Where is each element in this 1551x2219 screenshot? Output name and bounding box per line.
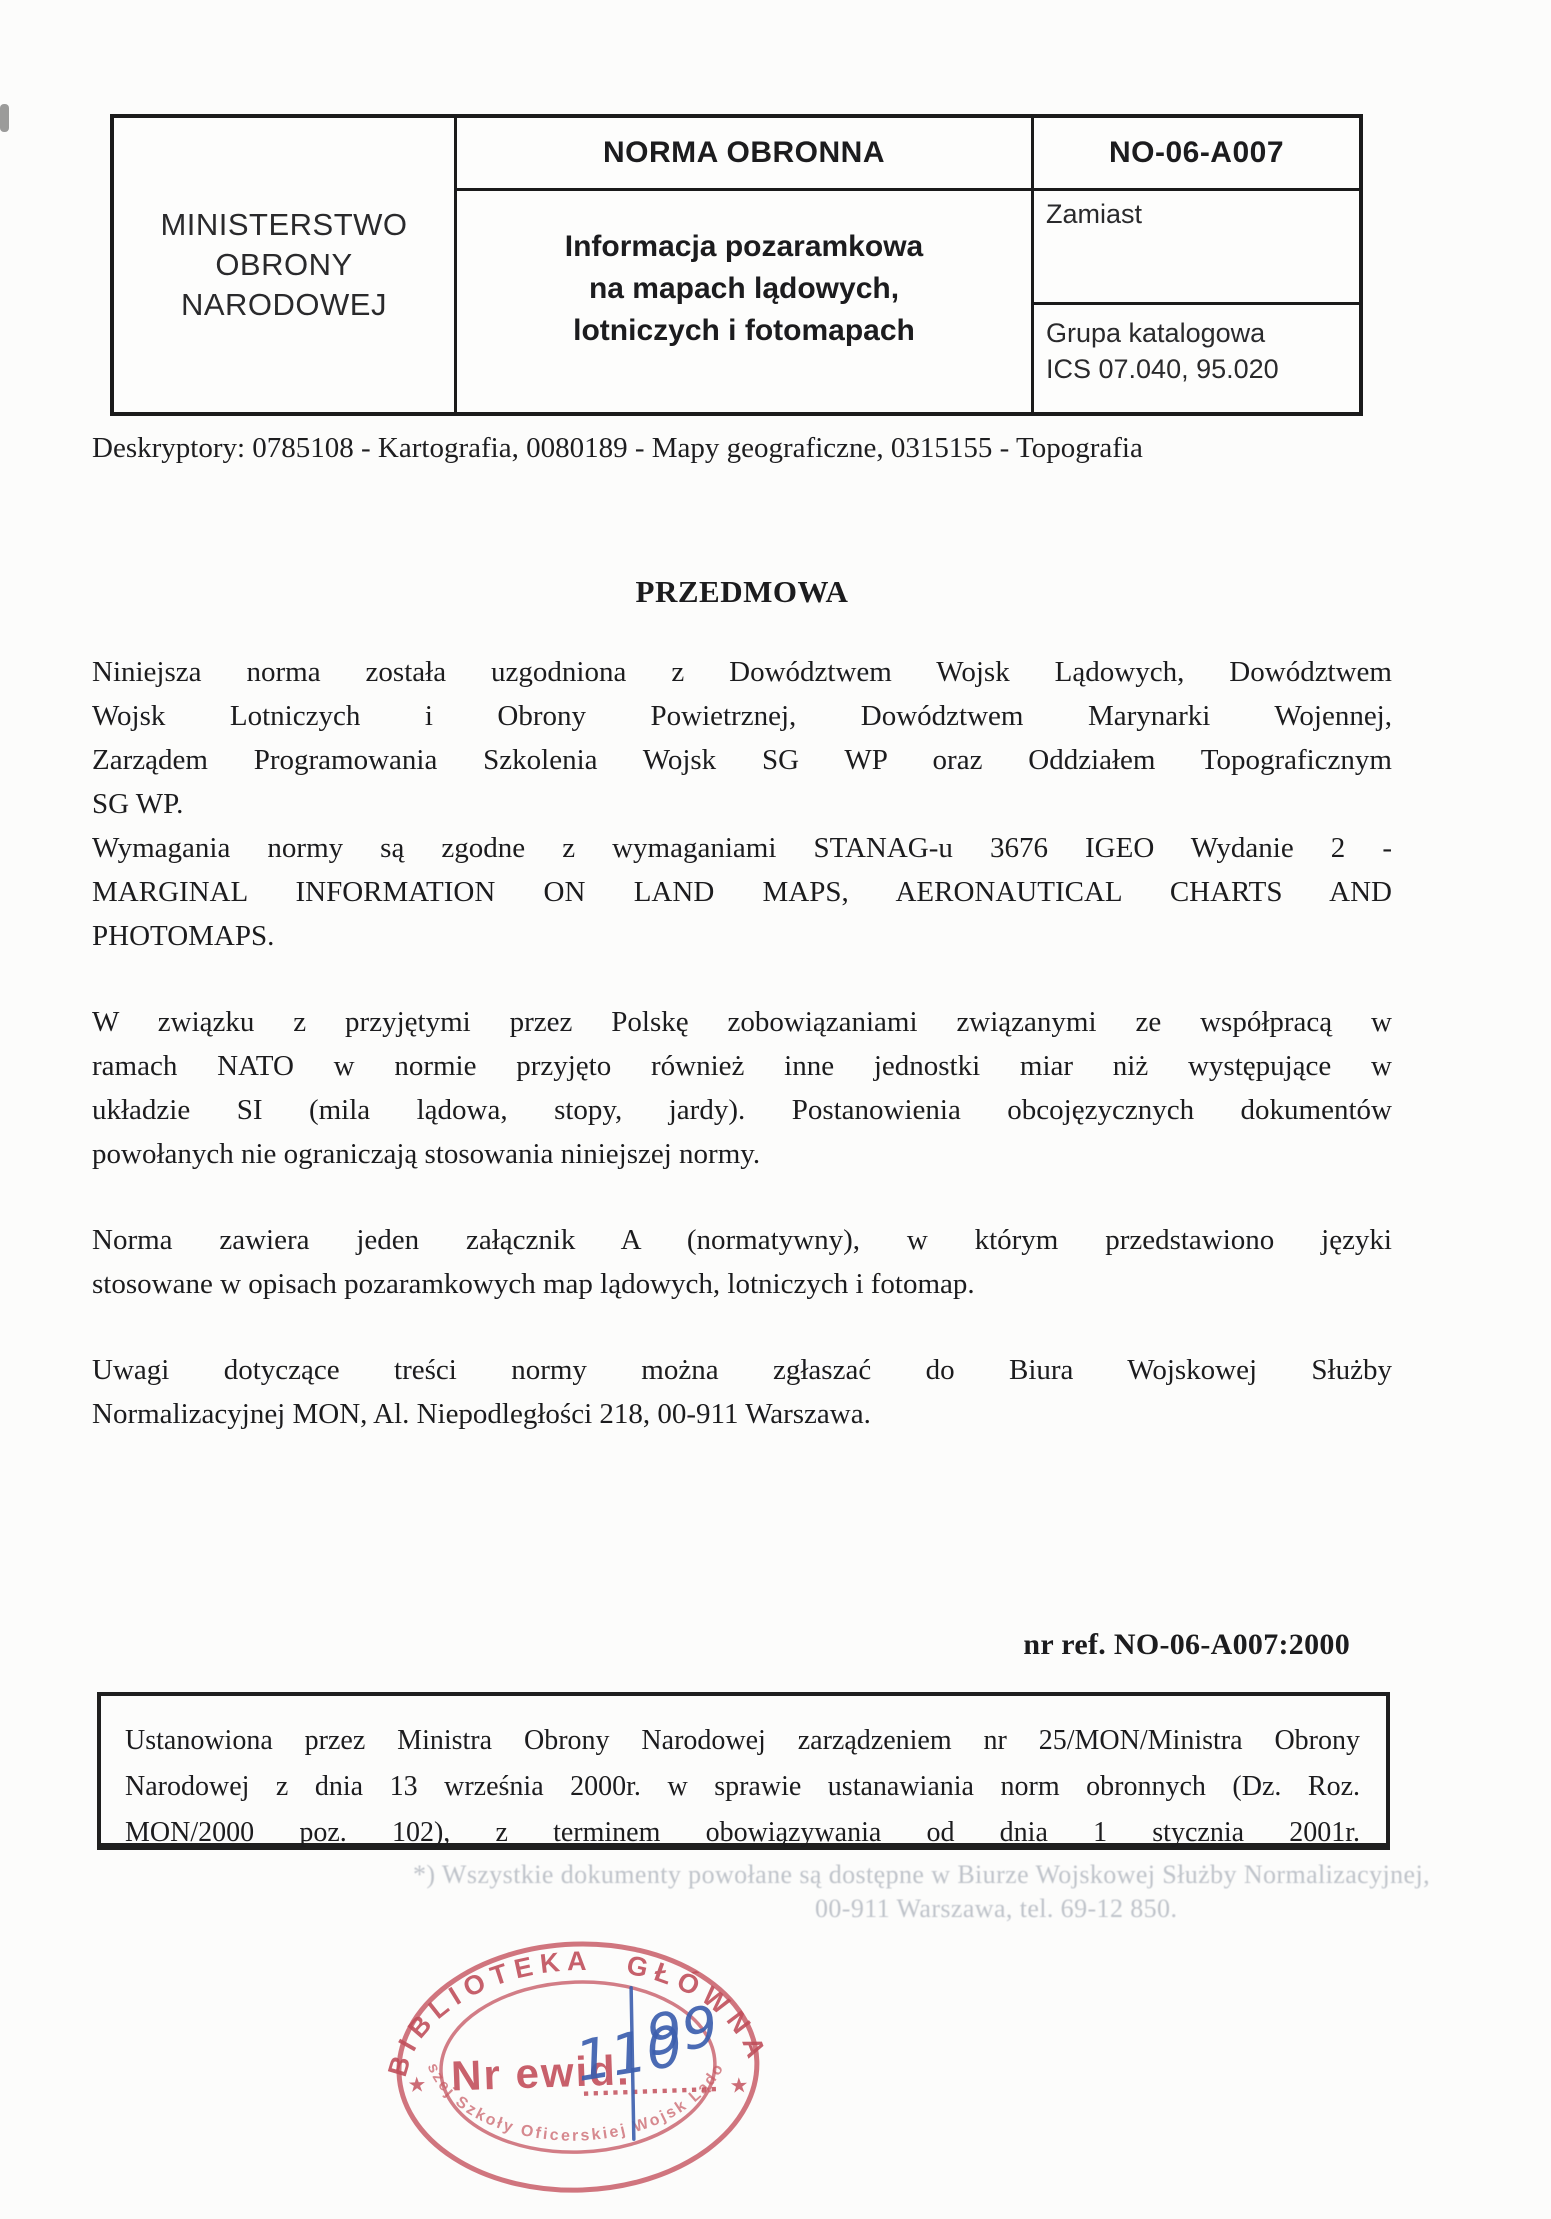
header-table: MINISTERSTWO OBRONY NARODOWEJ NORMA OBRO… (110, 114, 1363, 416)
establishment-box: Ustanowiona przez Ministra Obrony Narodo… (97, 1692, 1390, 1850)
paragraph: W związku z przyjętymi przez Polskę zobo… (92, 1000, 1392, 1176)
text-line: Wymagania normy są zgodne z wymaganiami … (92, 826, 1392, 870)
foreword-body: Niniejsza norma została uzgodniona z Dow… (92, 650, 1392, 1478)
paragraph: Norma zawiera jeden załącznik A (normaty… (92, 1218, 1392, 1306)
text-line: MARGINAL INFORMATION ON LAND MAPS, AERON… (92, 870, 1392, 914)
paragraph: Niniejsza norma została uzgodniona z Dow… (92, 650, 1392, 958)
document-page: MINISTERSTWO OBRONY NARODOWEJ NORMA OBRO… (0, 0, 1551, 2219)
stamp-star-left: ★ (407, 2072, 427, 2097)
stamp-star-right: ★ (729, 2073, 749, 2098)
footnote-ghost-line: *) Wszystkie dokumenty powołane są dostę… (413, 1860, 1430, 1890)
text-line: Normalizacyjnej MON, Al. Niepodległości … (92, 1392, 1392, 1436)
text-line: SG WP. (92, 782, 1392, 826)
doc-type-cell: NORMA OBRONNA (457, 118, 1031, 191)
text-line: PHOTOMAPS. (92, 914, 1392, 958)
center-column: NORMA OBRONNA Informacja pozaramkowa na … (457, 118, 1034, 412)
org-cell: MINISTERSTWO OBRONY NARODOWEJ (114, 118, 457, 412)
replaces-label: Zamiast (1046, 199, 1142, 229)
text-line: układzie SI (mila lądowa, stopy, jardy).… (92, 1088, 1392, 1132)
catalog-group-line: Grupa katalogowa (1046, 315, 1347, 351)
text-line: Narodowej z dnia 13 września 2000r. w sp… (125, 1764, 1360, 1810)
paragraph: Uwagi dotyczące treści normy można zgłas… (92, 1348, 1392, 1436)
catalog-group-cell: Grupa katalogowa ICS 07.040, 95.020 (1034, 305, 1359, 412)
text-line: Uwagi dotyczące treści normy można zgłas… (92, 1348, 1392, 1392)
handwritten-denominator: 99 (642, 1994, 723, 2069)
text-line: Niniejsza norma została uzgodniona z Dow… (92, 650, 1392, 694)
descriptors-line: Deskryptory: 0785108 - Kartografia, 0080… (92, 432, 1143, 465)
number-cell: NO-06-A007 (1034, 118, 1359, 191)
reference-number: nr ref. NO-06-A007:2000 (92, 1628, 1350, 1662)
org-line: NARODOWEJ (160, 285, 407, 325)
text-line: ramach NATO w normie przyjęto również in… (92, 1044, 1392, 1088)
title-line: na mapach lądowych, (589, 268, 899, 310)
org-line: MINISTERSTWO (160, 205, 407, 245)
title-cell: Informacja pozaramkowa na mapach lądowyc… (457, 191, 1031, 412)
right-column: NO-06-A007 Zamiast Grupa katalogowa ICS … (1034, 118, 1359, 412)
standard-number: NO-06-A007 (1109, 136, 1284, 170)
text-line: Zarządem Programowania Szkolenia Wojsk S… (92, 738, 1392, 782)
title-line: Informacja pozaramkowa (565, 226, 923, 268)
org-line: OBRONY (160, 245, 407, 285)
footnote-ghost-line: 00-911 Warszawa, tel. 69-12 850. (815, 1894, 1177, 1924)
text-line: powołanych nie ograniczają stosowania ni… (92, 1132, 1392, 1176)
text-line: W związku z przyjętymi przez Polskę zobo… (92, 1000, 1392, 1044)
replaces-cell: Zamiast (1034, 191, 1359, 305)
text-line: stosowane w opisach pozaramkowych map lą… (92, 1262, 1392, 1306)
text-line: Ustanowiona przez Ministra Obrony Narodo… (125, 1718, 1360, 1764)
doc-type-label: NORMA OBRONNA (603, 136, 885, 170)
text-line: MON/2000 poz. 102), z terminem obowiązyw… (125, 1810, 1360, 1856)
scan-artifact (0, 104, 9, 132)
text-line: Wojsk Lotniczych i Obrony Powietrznej, D… (92, 694, 1392, 738)
catalog-group-line: ICS 07.040, 95.020 (1046, 351, 1347, 387)
text-line: Norma zawiera jeden załącznik A (normaty… (92, 1218, 1392, 1262)
foreword-heading: PRZEDMOWA (92, 574, 1392, 610)
library-stamp: BIBLIOTEKA GŁÓWNA Wyższej Szkoły Oficers… (380, 1927, 779, 2210)
title-line: lotniczych i fotomapach (573, 310, 915, 352)
